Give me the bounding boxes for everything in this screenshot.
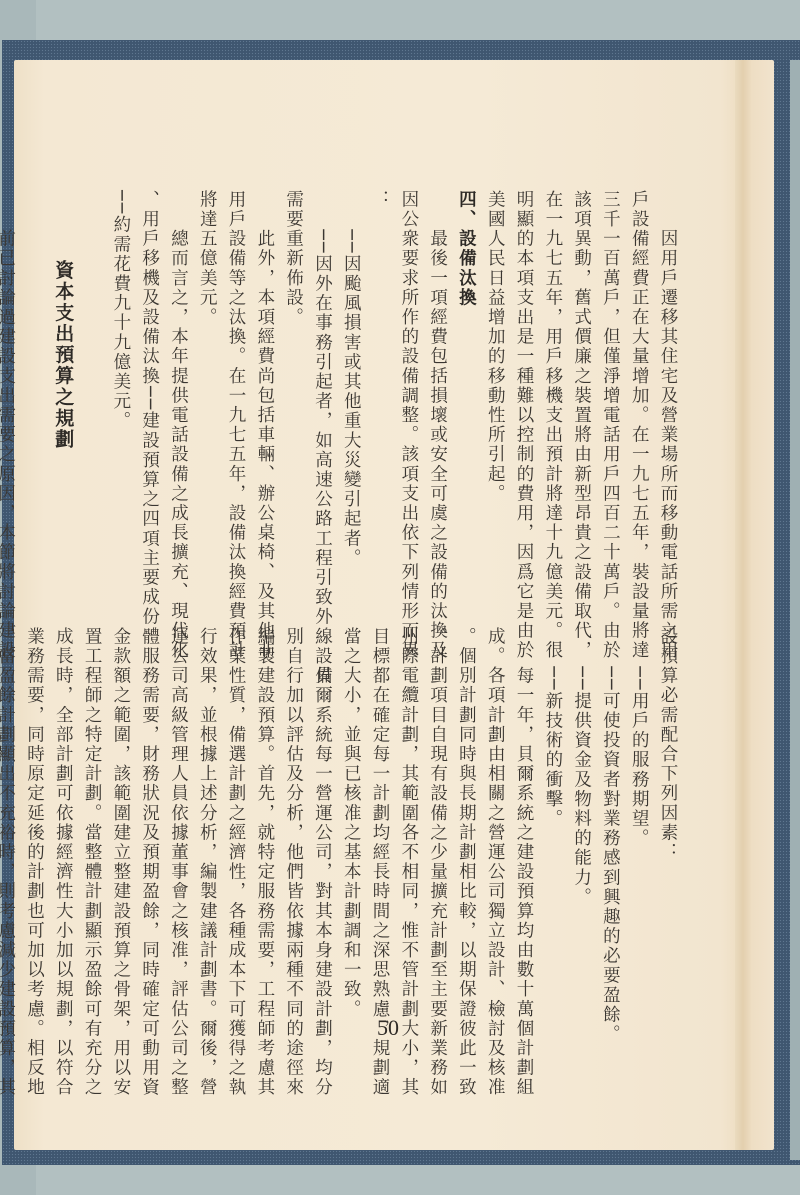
paragraph-column: 作業性質，備選計劃之經濟性，各種成本下可獲得之執 <box>221 627 250 1057</box>
paragraph-column: 貝爾系統每一營運公司，對其本身建設計劃，均分 <box>308 627 337 1057</box>
list-item: ──用戶的服務期望。 <box>624 627 653 1057</box>
list-item: ──因外在事務引起者，如高速公路工程引致外線設備 <box>308 190 337 620</box>
paragraph-column: 三千一百萬戶，但僅淨增電話用戶四百二十萬戶。由於 <box>596 190 625 620</box>
paragraph-column: 置工程師之特定計劃。當整體計劃顯示盈餘可有充分之 <box>77 627 106 1057</box>
section-heading-equipment-replacement: 四、設備汰換 <box>452 190 481 620</box>
page-number: 50 <box>377 1015 399 1041</box>
book-cover-right <box>790 60 800 1160</box>
paragraph-column: 需要重新佈設。 <box>279 190 308 620</box>
paragraph-column: 前已討論過建設支出需要之原因，本節將討論建設 <box>0 190 20 620</box>
paragraph-column: 運公司高級管理人員依據董事會之核准，評估公司之整 <box>164 627 193 1057</box>
section-title-capital-budget-planning: 資本支出預算之規劃 <box>48 190 77 620</box>
list-item: ──可使投資者對業務感到興趣的必要盈餘。 <box>596 627 625 1057</box>
paragraph-column: 總而言之，本年提供電話設備之成長擴充、現代化 <box>164 190 193 620</box>
list-item: ──新技術的衝擊。 <box>538 627 567 1057</box>
paragraph-column: 該項異動，舊式價廉之裝置將由新型昂貴之設備取代， <box>567 190 596 620</box>
paragraph-column: 編製建設預算。首先，就特定服務需要，工程師考慮其 <box>250 627 279 1057</box>
paragraph-column: 業務需要，同時原定延後的計劃也可加以考慮。相反地 <box>20 627 49 1057</box>
paragraph-column: 因用戶遷移其住宅及營業場所而移動電話所需之用 <box>653 190 682 620</box>
paragraph-column: 別自行加以評估及分析，他們皆依據兩種不同的途徑來 <box>279 627 308 1057</box>
paragraph-column: 在一九七五年，用戶移機支出預計將達十九億美元。很 <box>538 190 567 620</box>
paragraph-column: 每一年，貝爾系統之建設預算均由數十萬個計劃組 <box>509 627 538 1057</box>
paragraph-column: ──約需花費九十九億美元。 <box>106 190 135 620</box>
paragraph-column: 。計劃項目自現有設備之少量擴充計劃至主要新業務如 <box>423 627 452 1057</box>
paragraph-column: 州際電纜計劃，其範圍各不相同，惟不管計劃大小，其 <box>394 627 423 1057</box>
paragraph-column: ，當盈餘計劃顯出不充裕時，則考慮減少建設預算，其 <box>0 627 20 1057</box>
paragraph-column: 成長時，全部計劃可依據經濟性大小加以規劃，以符合 <box>48 627 77 1057</box>
paragraph-column: 最後一項經費包括損壞或安全可虞之設備的汰換及 <box>423 190 452 620</box>
list-item: ──因颱風損害或其他重大災變引起者。 <box>336 190 365 620</box>
paragraph-column: 目標都在確定每一計劃均經長時間之深思熟慮，規劃適 <box>365 627 394 1057</box>
upper-text-block: 因用戶遷移其住宅及營業場所而移動電話所需之用 戶設備經費正在大量增加。在一九七五… <box>62 190 682 620</box>
paragraph-column: 明顯的本項支出是一種難以控制的費用，因爲它是由於 <box>509 190 538 620</box>
paragraph-column: 戶設備經費正在大量增加。在一九七五年，裝設量將達 <box>624 190 653 620</box>
paragraph-column: 將達五億美元。 <box>192 190 221 620</box>
paragraph-column: 體服務需要，財務狀況及預期盈餘，同時確定可動用資 <box>135 627 164 1057</box>
list-item: ──提供資金及物料的能力。 <box>567 627 596 1057</box>
paragraph-column: 成。各項計劃由相關之營運公司獨立設計、檢討及核准 <box>480 627 509 1057</box>
paragraph-column: 因公衆要求所作的設備調整。該項支出依下列情形而異 <box>394 190 423 620</box>
page-stack-edge <box>735 60 751 1150</box>
paragraph-column: 金款額之範圍，該範圍建立整建設預算之骨架，用以安 <box>106 627 135 1057</box>
paragraph-column: 當之大小，並與已核准之基本計劃調和一致。 <box>336 627 365 1057</box>
paragraph-column: 用戶設備等之汰換。在一九七五年，設備汰換經費預計 <box>221 190 250 620</box>
spacer <box>77 190 106 620</box>
paragraph-column: 此外，本項經費尚包括車輛、辦公桌椅、及其他非 <box>250 190 279 620</box>
paragraph-column: ： <box>365 190 394 620</box>
paragraph-column: 行效果，並根據上述分析，編製建議計劃書。爾後，營 <box>192 627 221 1057</box>
paragraph-column: 設預算必需配合下列因素： <box>653 627 682 1057</box>
paragraph-column: 、用戶移機及設備汰換──建設預算之四項主要成份 <box>135 190 164 620</box>
paragraph-column: 美國人民日益增加的移動性所引起。 <box>480 190 509 620</box>
paragraph-column: 。個別計劃同時與長期計劃相比較，以期保證彼此一致 <box>452 627 481 1057</box>
spacer <box>20 190 49 620</box>
lower-text-block: 設預算必需配合下列因素： ──用戶的服務期望。 ──可使投資者對業務感到興趣的必… <box>62 627 682 1057</box>
